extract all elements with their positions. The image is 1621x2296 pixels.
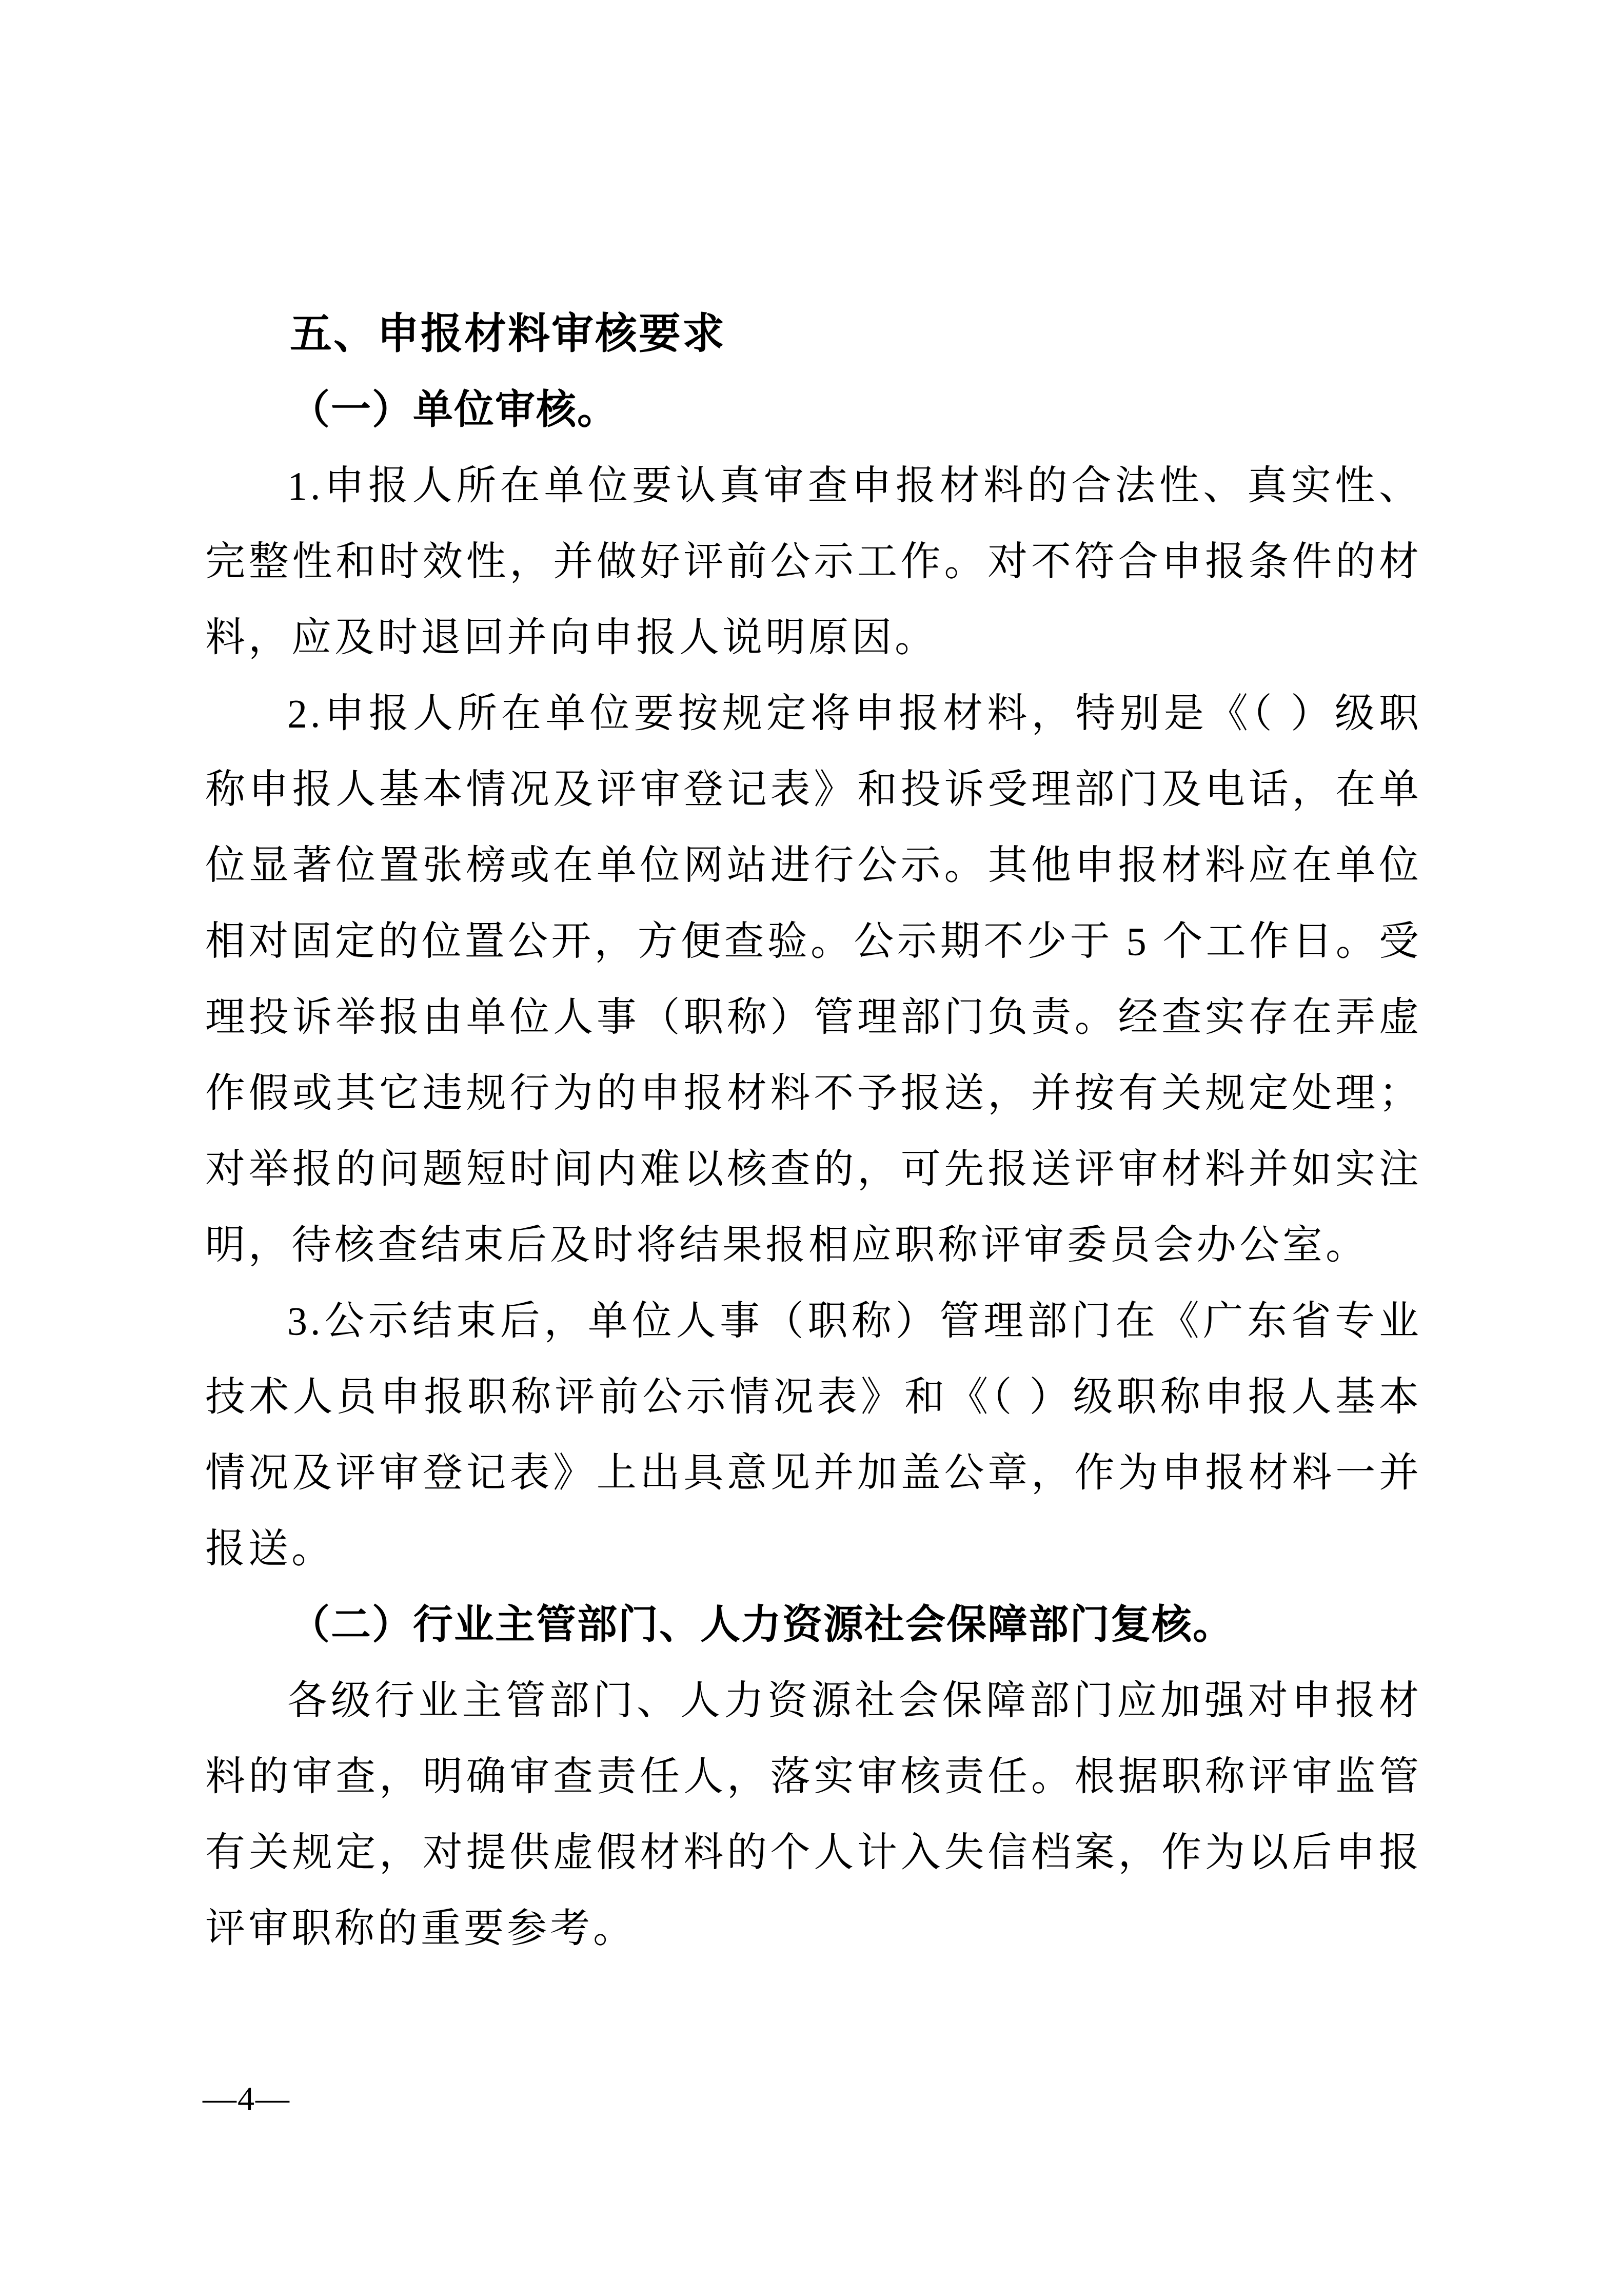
paragraph-3: 3.公示结束后，单位人事（职称）管理部门在《广东省专业技术人员申报职称评前公示情… [205, 1283, 1422, 1587]
page-number: —4— [203, 2082, 290, 2116]
document-page: 五、申报材料审核要求 （一）单位审核。 1.申报人所在单位要认真审查申报材料的合… [0, 0, 1621, 2296]
subsection-heading-1: （一）单位审核。 [205, 372, 1422, 448]
paragraph-4: 各级行业主管部门、人力资源社会保障部门应加强对申报材料的审查，明确审查责任人，落… [205, 1663, 1422, 1967]
subsection-heading-2: （二）行业主管部门、人力资源社会保障部门复核。 [205, 1587, 1422, 1663]
paragraph-2: 2.申报人所在单位要按规定将申报材料，特别是《（ ）级职称申报人基本情况及评审登… [205, 676, 1422, 1283]
section-heading: 五、申报材料审核要求 [205, 296, 1422, 372]
document-body: 五、申报材料审核要求 （一）单位审核。 1.申报人所在单位要认真审查申报材料的合… [205, 296, 1422, 1967]
paragraph-1: 1.申报人所在单位要认真审查申报材料的合法性、真实性、完整性和时效性，并做好评前… [205, 448, 1422, 676]
